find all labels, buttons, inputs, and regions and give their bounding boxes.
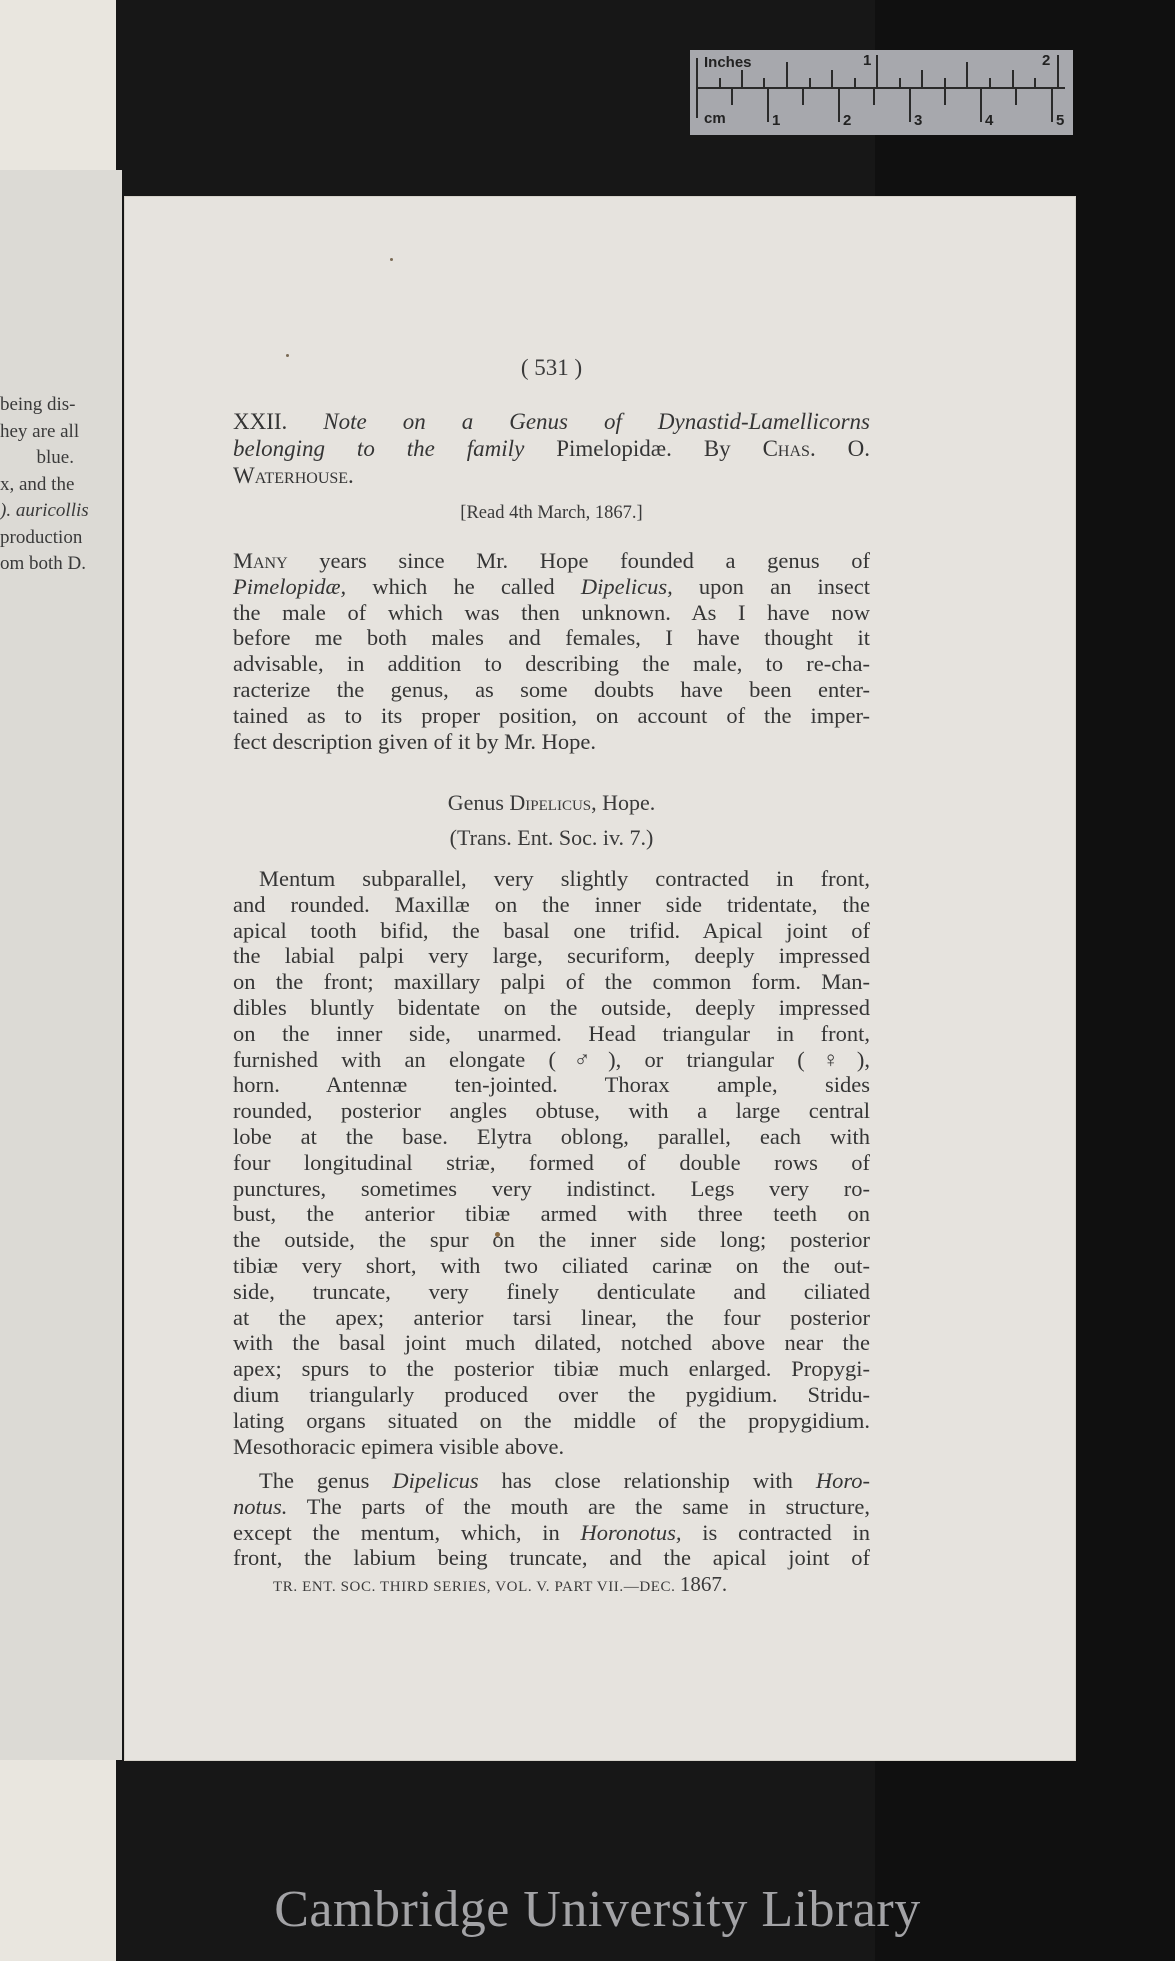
text-line: front, the labium being truncate, and th… [233, 1545, 870, 1571]
italic-text: Horo- [816, 1468, 870, 1493]
text-run: except the mentum, which, in [233, 1520, 580, 1545]
page-number: ( 531 ) [233, 355, 870, 381]
text-line: lobe at the base. Elytra oblong, paralle… [233, 1124, 870, 1150]
facing-page-text: being dis- hey are all blue. x, and the … [0, 392, 122, 578]
text-line: and rounded. Maxillæ on the inner side t… [233, 892, 870, 918]
text-line: Many years since Mr. Hope founded a genu… [233, 548, 870, 574]
text-run: front, the labium being truncate, and th… [233, 1545, 870, 1570]
genus-heading: Genus Dipelicus, Hope. [233, 790, 870, 816]
text-run: tained as to its proper position, on acc… [233, 703, 870, 728]
facing-page-line: being dis- [0, 392, 122, 419]
text-line: before me both males and females, I have… [233, 625, 870, 651]
text-line: lating organs situated on the middle of … [233, 1408, 870, 1434]
ruler-cm-mark: 1 [772, 112, 780, 129]
text-line: Pimelopidæ, which he called Dipelicus, u… [233, 574, 870, 600]
text-run: Many [233, 548, 288, 573]
facing-page-line: blue. [0, 445, 122, 472]
facing-page-line: hey are all [0, 419, 122, 446]
text-line: except the mentum, which, in Horonotus, … [233, 1520, 870, 1546]
library-credit: Cambridge University Library [0, 1880, 1175, 1939]
relation-paragraph: The genus Dipelicus has close relationsh… [233, 1468, 870, 1571]
text-line: furnished with an elongate (♂), or trian… [233, 1047, 870, 1073]
text-line: with the basal joint much dilated, notch… [233, 1330, 870, 1356]
description-paragraph: Mentum subparallel, very slightly contra… [233, 866, 870, 1459]
facing-page-line: production [0, 525, 122, 552]
facing-page-line: x, and the [0, 472, 122, 499]
italic-text: Dipelicus, [581, 574, 673, 599]
text-run: years since Mr. Hope founded a genus of [288, 548, 870, 573]
journal-footer: TR. ENT. SOC. THIRD SERIES, VOL. V. PART… [273, 1572, 873, 1597]
text-line: fect description given of it by Mr. Hope… [233, 729, 870, 755]
family-name: Pimelopidæ. [556, 436, 672, 461]
italic-text: Horonotus, [580, 1520, 681, 1545]
article-title: XXII. Note on a Genus of Dynastid-Lamell… [233, 408, 870, 489]
text-line: apical tooth bifid, the basal one trifid… [233, 918, 870, 944]
text-line: the male of which was then unknown. As I… [233, 600, 870, 626]
text-run: has close relationship with [479, 1468, 816, 1493]
text-line: advisable, in addition to describing the… [233, 651, 870, 677]
text-line: four longitudinal striæ, formed of doubl… [233, 1150, 870, 1176]
text-line: notus. The parts of the mouth are the sa… [233, 1494, 870, 1520]
facing-page-line: om both D. [0, 551, 122, 578]
text-line: racterize the genus, as some doubts have… [233, 677, 870, 703]
ruler-cm-mark: 5 [1056, 112, 1064, 129]
text-line: horn. Antennæ ten-jointed. Thorax ample,… [233, 1072, 870, 1098]
text-line: punctures, sometimes very indistinct. Le… [233, 1176, 870, 1202]
text-run: upon an insect [673, 574, 870, 599]
text-line: dium triangularly produced over the pygi… [233, 1382, 870, 1408]
text-line: on the front; maxillary palpi of the com… [233, 969, 870, 995]
text-line: side, truncate, very finely denticulate … [233, 1279, 870, 1305]
scale-ruler: Inches 1 2 cm 1 2 3 4 5 [690, 50, 1073, 135]
text-line: the outside, the spur on the inner side … [233, 1227, 870, 1253]
text-line: tibiæ very short, with two ciliated cari… [233, 1253, 870, 1279]
italic-text: Dipelicus [392, 1468, 478, 1493]
ruler-cm-mark: 2 [843, 112, 851, 129]
intro-paragraph: Many years since Mr. Hope founded a genu… [233, 548, 870, 754]
text-line: on the inner side, unarmed. Head triangu… [233, 1021, 870, 1047]
text-line: rounded, posterior angles obtuse, with a… [233, 1098, 870, 1124]
text-run: before me both males and females, I have… [233, 625, 870, 650]
text-line: dibles bluntly bidentate on the outside,… [233, 995, 870, 1021]
ruler-cm-label: cm [704, 110, 726, 127]
genus-prefix: Genus [448, 790, 510, 815]
text-line: apex; spurs to the posterior tibiæ much … [233, 1356, 870, 1382]
text-line: Mesothoracic epimera visible above. [233, 1434, 870, 1460]
text-run: the male of which was then unknown. As I… [233, 600, 870, 625]
by-label: By [704, 436, 731, 461]
text-run: The genus [259, 1468, 392, 1493]
genus-reference: (Trans. Ent. Soc. iv. 7.) [233, 825, 870, 851]
title-italic-2: belonging to the family [233, 436, 524, 461]
title-italic: Note on a Genus of Dynastid-Lamellicorns [323, 409, 870, 434]
title-line-1: XXII. Note on a Genus of Dynastid-Lamell… [233, 408, 870, 435]
author-first: Chas. O. [763, 436, 870, 461]
text-run: The parts of the mouth are the same in s… [287, 1494, 870, 1519]
genus-name: Dipelicus [509, 790, 591, 815]
text-line: The genus Dipelicus has close relationsh… [233, 1468, 870, 1494]
article-number: XXII. [233, 409, 287, 434]
text-run: fect description given of it by Mr. Hope… [233, 729, 596, 754]
ruler-cm-mark: 4 [985, 112, 993, 129]
text-line: bust, the anterior tibiæ armed with thre… [233, 1201, 870, 1227]
ruler-inch-mark: 1 [863, 52, 871, 69]
text-line: Mentum subparallel, very slightly contra… [233, 866, 870, 892]
genus-suffix: , Hope. [591, 790, 655, 815]
text-run: advisable, in addition to describing the… [233, 651, 870, 676]
journal-citation: TR. ENT. SOC. THIRD SERIES, VOL. V. PART… [273, 1579, 680, 1595]
text-line: tained as to its proper position, on acc… [233, 703, 870, 729]
author-last: Waterhouse. [233, 462, 870, 489]
journal-year: 1867. [680, 1572, 727, 1596]
italic-text: notus. [233, 1494, 287, 1519]
title-line-2: belonging to the family Pimelopidæ. By C… [233, 435, 870, 462]
text-run: is contracted in [682, 1520, 870, 1545]
italic-text: Pimelopidæ, [233, 574, 346, 599]
text-run: which he called [346, 574, 581, 599]
text-run: racterize the genus, as some doubts have… [233, 677, 870, 702]
ruler-cm-mark: 3 [914, 112, 922, 129]
ruler-inch-mark: 2 [1042, 52, 1050, 69]
text-line: the labial palpi very large, securiform,… [233, 943, 870, 969]
read-date: [Read 4th March, 1867.] [233, 503, 870, 524]
text-line: at the apex; anterior tarsi linear, the … [233, 1305, 870, 1331]
ruler-inches-label: Inches [704, 54, 752, 71]
facing-page-line: ). auricollis [0, 498, 122, 525]
facing-page-left: being dis- hey are all blue. x, and the … [0, 170, 122, 1760]
